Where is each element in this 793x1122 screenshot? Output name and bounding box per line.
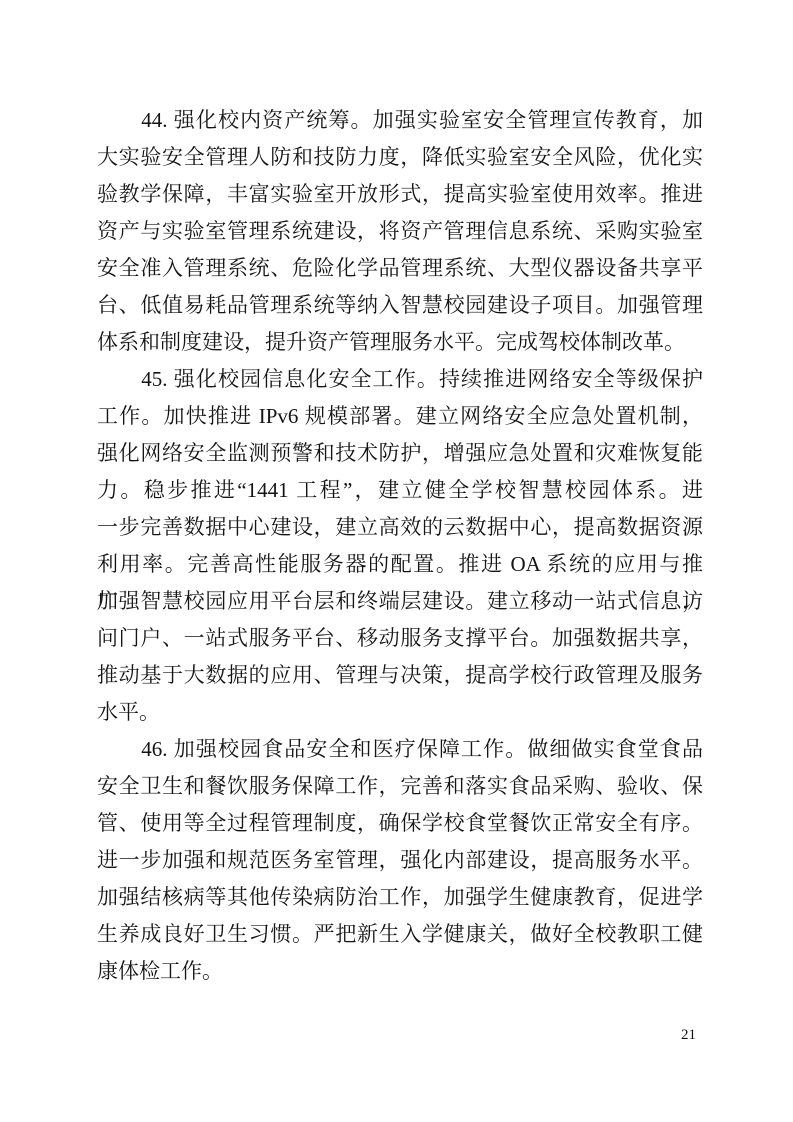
text-line: 安全准入管理系统、危险化学品管理系统、大型仪器设备共享平	[97, 250, 703, 287]
text-line: 进一步加强和规范医务室管理，强化内部建设，提高服务水平。	[97, 842, 703, 879]
text-line: 水平。	[97, 694, 703, 731]
text-line: 台、低值易耗品管理系统等纳入智慧校园建设子项目。加强管理	[97, 287, 703, 324]
text-line: 46. 加强校园食品安全和医疗保障工作。做细做实食堂食品	[97, 731, 703, 768]
text-line: 问门户、一站式服务平台、移动服务支撑平台。加强数据共享，	[97, 620, 703, 657]
text-line: 大实验安全管理人防和技防力度，降低实验室安全风险，优化实	[97, 139, 703, 176]
document-page: 44. 强化校内资产统筹。加强实验室安全管理宣传教育，加大实验安全管理人防和技防…	[0, 0, 793, 1122]
text-line: 利用率。完善高性能服务器的配置。推进 OA 系统的应用与推广，	[97, 546, 703, 583]
paragraph-44: 44. 强化校内资产统筹。加强实验室安全管理宣传教育，加大实验安全管理人防和技防…	[97, 102, 703, 361]
text-line: 资产与实验室管理系统建设，将资产管理信息系统、采购实验室	[97, 213, 703, 250]
text-line: 管、使用等全过程管理制度，确保学校食堂餐饮正常安全有序。	[97, 805, 703, 842]
text-line: 康体检工作。	[97, 953, 703, 990]
text-line: 加强智慧校园应用平台层和终端层建设。建立移动一站式信息访	[97, 583, 703, 620]
text-line: 验教学保障，丰富实验室开放形式，提高实验室使用效率。推进	[97, 176, 703, 213]
text-line: 强化网络安全监测预警和技术防护，增强应急处置和灾难恢复能	[97, 435, 703, 472]
text-line: 推动基于大数据的应用、管理与决策，提高学校行政管理及服务	[97, 657, 703, 694]
document-body: 44. 强化校内资产统筹。加强实验室安全管理宣传教育，加大实验安全管理人防和技防…	[97, 102, 703, 990]
text-line: 一步完善数据中心建设，建立高效的云数据中心，提高数据资源	[97, 509, 703, 546]
text-line: 加强结核病等其他传染病防治工作，加强学生健康教育，促进学	[97, 879, 703, 916]
page-number: 21	[681, 1027, 696, 1044]
text-line: 工作。加快推进 IPv6 规模部署。建立网络安全应急处置机制，	[97, 398, 703, 435]
text-line: 生养成良好卫生习惯。严把新生入学健康关，做好全校教职工健	[97, 916, 703, 953]
text-line: 45. 强化校园信息化安全工作。持续推进网络安全等级保护	[97, 361, 703, 398]
paragraph-46: 46. 加强校园食品安全和医疗保障工作。做细做实食堂食品安全卫生和餐饮服务保障工…	[97, 731, 703, 990]
text-line: 44. 强化校内资产统筹。加强实验室安全管理宣传教育，加	[97, 102, 703, 139]
text-line: 力。稳步推进“1441 工程”，建立健全学校智慧校园体系。进	[97, 472, 703, 509]
text-line: 安全卫生和餐饮服务保障工作，完善和落实食品采购、验收、保	[97, 768, 703, 805]
paragraph-45: 45. 强化校园信息化安全工作。持续推进网络安全等级保护工作。加快推进 IPv6…	[97, 361, 703, 731]
text-line: 体系和制度建设，提升资产管理服务水平。完成驾校体制改革。	[97, 324, 703, 361]
